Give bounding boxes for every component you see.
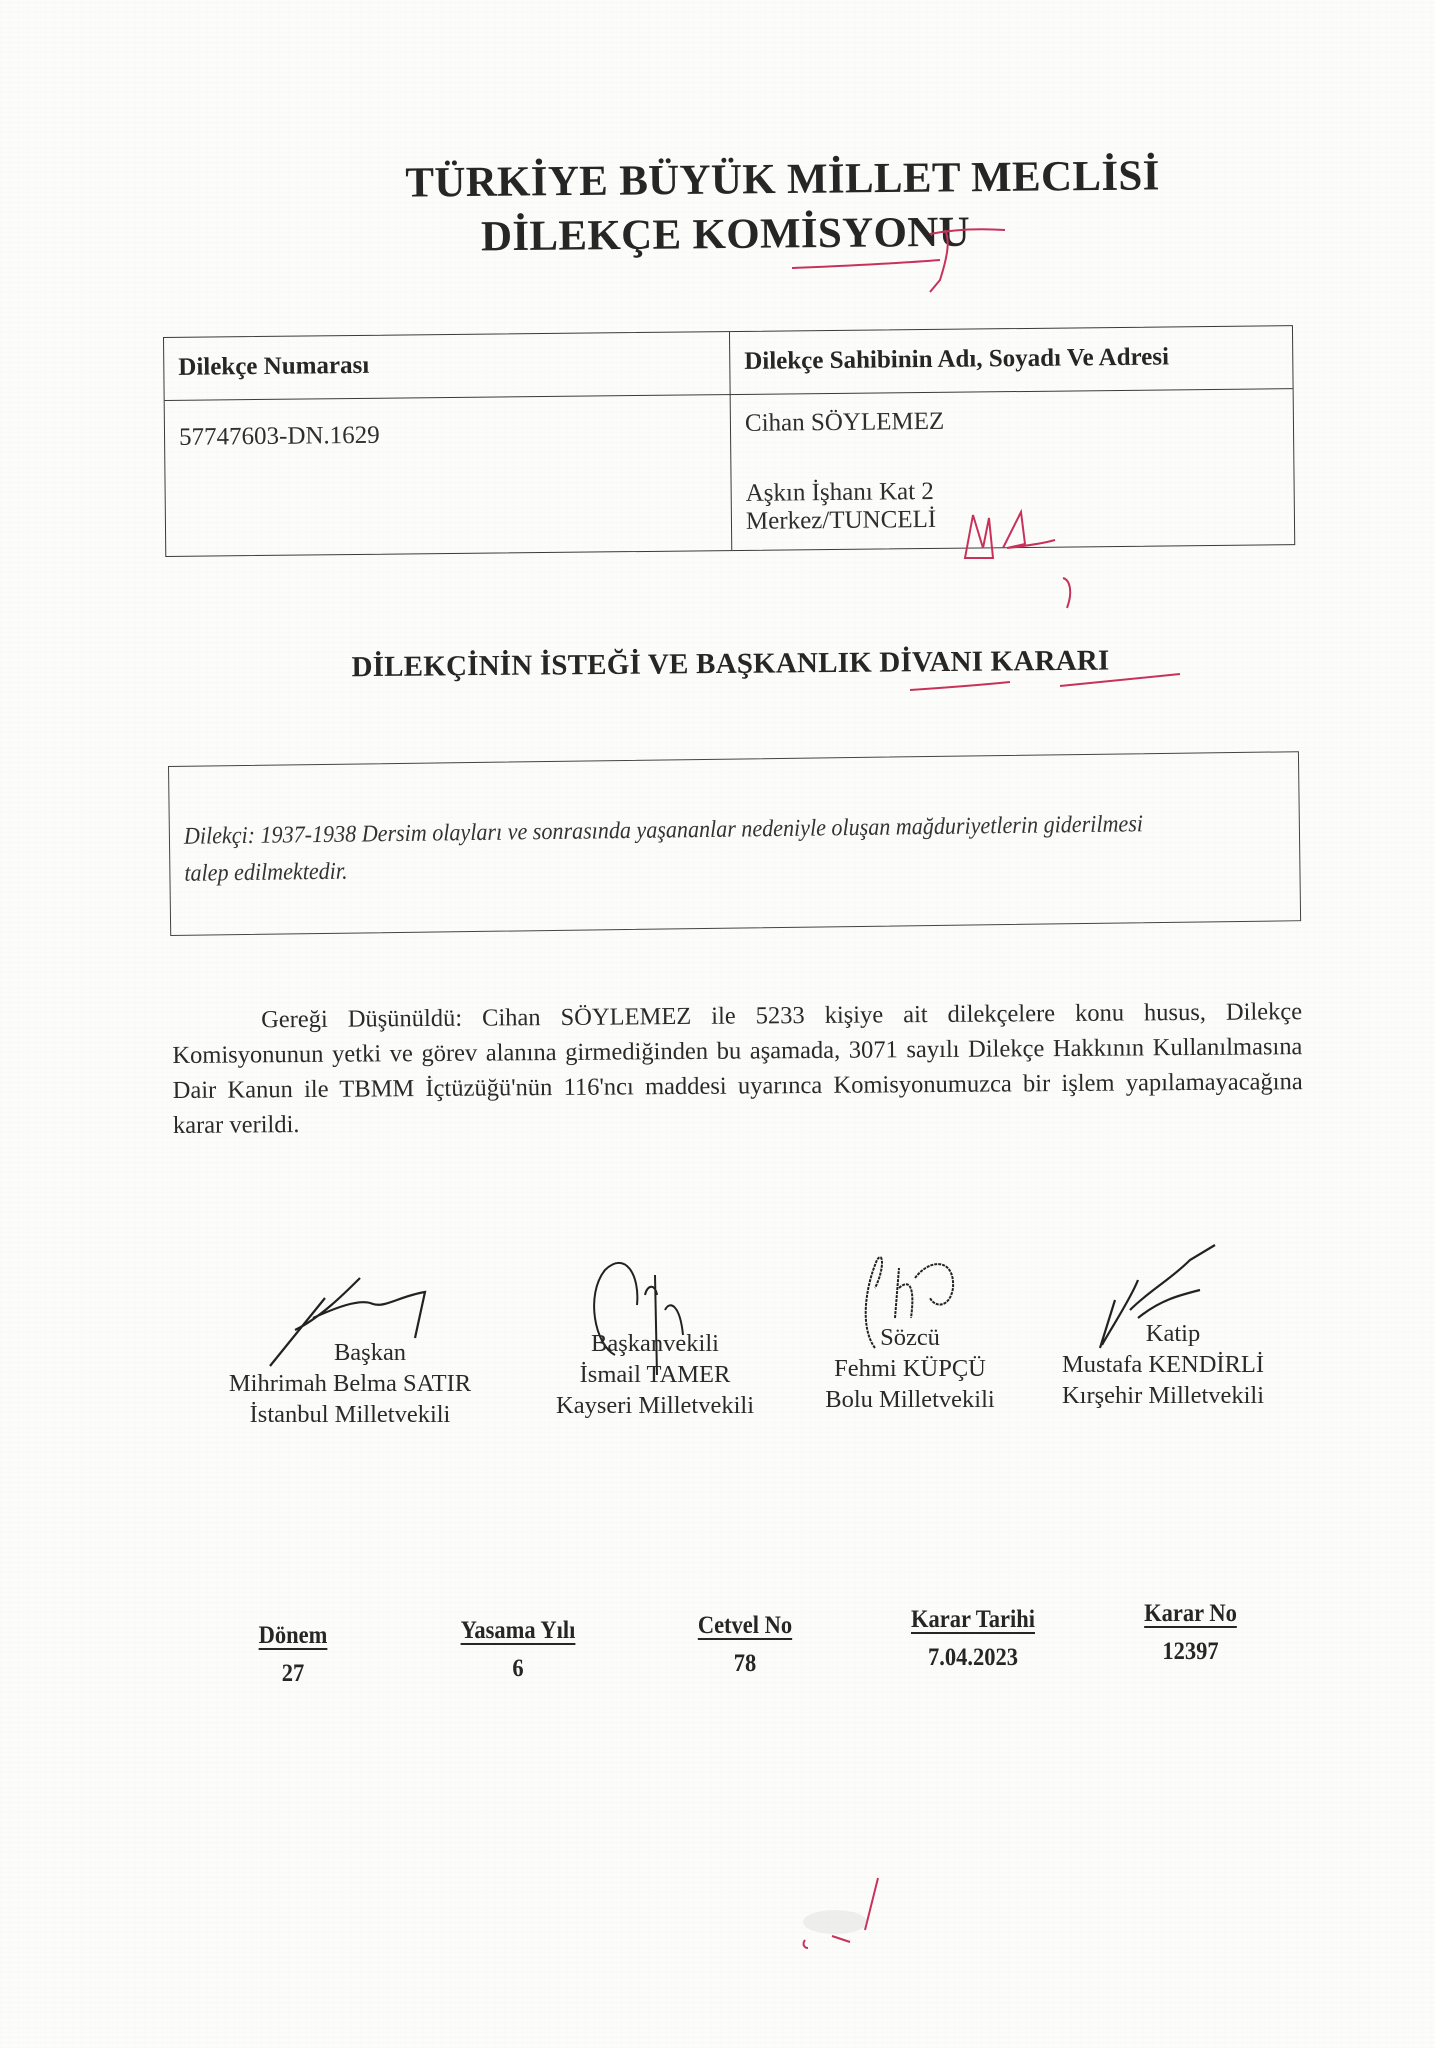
petitioner-name: Cihan SÖYLEMEZ xyxy=(745,408,945,438)
signatory-4: Katip Mustafa KENDİRLİ Kırşehir Milletve… xyxy=(1028,1318,1298,1411)
signatory-name: Mustafa KENDİRLİ xyxy=(1028,1349,1298,1380)
meta-label: Karar No xyxy=(1121,1600,1261,1628)
red-pen-mark-bottom xyxy=(760,1870,900,1960)
request-text: Dilekçi: 1937-1938 Dersim olayları ve so… xyxy=(184,806,1178,893)
petition-info-table: Dilekçe Numarası Dilekçe Sahibinin Adı, … xyxy=(163,325,1295,557)
table-header-petitioner: Dilekçe Sahibinin Adı, Soyadı Ve Adresi xyxy=(744,343,1169,375)
signatory-3: Sözcü Fehmi KÜPÇÜ Bolu Milletvekili xyxy=(795,1322,1025,1415)
signatory-name: İsmail TAMER xyxy=(525,1359,785,1390)
meta-value: 12397 xyxy=(1121,1638,1261,1666)
signatory-role: Sözcü xyxy=(795,1322,1025,1353)
signatory-2: Başkanvekili İsmail TAMER Kayseri Millet… xyxy=(525,1328,785,1421)
table-header-petition-number: Dilekçe Numarası xyxy=(178,352,369,382)
meta-cetvel-no: Cetvel No 78 xyxy=(678,1612,813,1678)
meta-karar-no: Karar No 12397 xyxy=(1121,1600,1261,1666)
signatory-constituency: İstanbul Milletvekili xyxy=(190,1399,510,1430)
document-title-line1: TÜRKİYE BÜYÜK MİLLET MECLİSİ xyxy=(65,148,1435,211)
section-heading: DİLEKÇİNİN İSTEĞİ VE BAŞKANLIK DİVANI KA… xyxy=(0,642,1435,688)
table-column-divider xyxy=(729,332,732,550)
signatory-name: Fehmi KÜPÇÜ xyxy=(795,1353,1025,1384)
request-box: Dilekçi: 1937-1938 Dersim olayları ve so… xyxy=(168,751,1301,936)
signatory-role: Başkanvekili xyxy=(525,1328,785,1359)
meta-value: 7.04.2023 xyxy=(879,1644,1068,1672)
signatory-name: Mihrimah Belma SATIR xyxy=(190,1368,510,1399)
meta-yasama-yili: Yasama Yılı 6 xyxy=(433,1617,604,1683)
signatory-constituency: Bolu Milletvekili xyxy=(795,1384,1025,1415)
meta-donem: Dönem 27 xyxy=(235,1622,352,1688)
signatory-constituency: Kayseri Milletvekili xyxy=(525,1390,785,1421)
petitioner-address-line2: Merkez/TUNCELİ xyxy=(746,506,937,536)
signatory-1: Başkan Mihrimah Belma SATIR İstanbul Mil… xyxy=(190,1337,510,1430)
meta-label: Cetvel No xyxy=(678,1612,813,1640)
meta-label: Yasama Yılı xyxy=(433,1617,604,1645)
petition-number: 57747603-DN.1629 xyxy=(179,422,380,452)
meta-karar-tarihi: Karar Tarihi 7.04.2023 xyxy=(879,1606,1068,1672)
meta-label: Karar Tarihi xyxy=(879,1606,1068,1634)
signatory-role: Başkan xyxy=(190,1337,510,1368)
signatory-role: Katip xyxy=(1028,1318,1298,1349)
meta-value: 27 xyxy=(235,1660,352,1688)
meta-value: 78 xyxy=(678,1650,813,1678)
decision-paragraph: Gereği Düşünüldü: Cihan SÖYLEMEZ ile 523… xyxy=(172,994,1303,1143)
document-title-line2: DİLEKÇE KOMİSYONU xyxy=(8,203,1435,266)
petitioner-address-line1: Aşkın İşhanı Kat 2 xyxy=(746,478,934,508)
signatory-constituency: Kırşehir Milletvekili xyxy=(1028,1380,1298,1411)
meta-label: Dönem xyxy=(235,1622,352,1650)
meta-value: 6 xyxy=(433,1655,604,1683)
